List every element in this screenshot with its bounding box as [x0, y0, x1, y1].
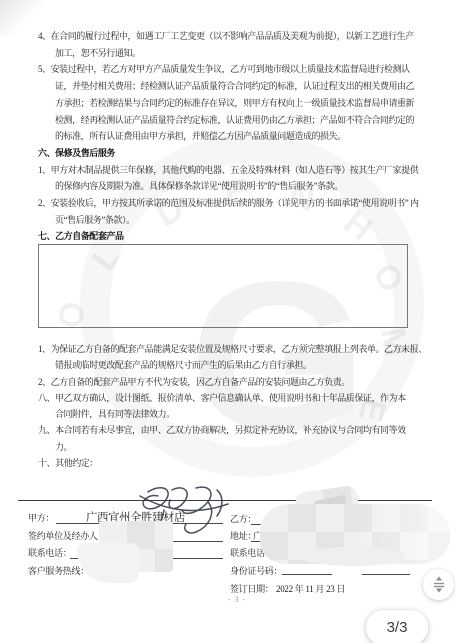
- scroll-indicator-button[interactable]: [423, 569, 454, 600]
- section-heading-warranty: 六、保修及售后服务: [38, 145, 430, 162]
- contract-line: 2、安装验收后，甲方按其所承诺的范围及标准提供后续的服务（详见甲方的书面承诺“使…: [38, 195, 430, 212]
- id-number-label: 身份证号码：: [230, 564, 282, 577]
- self-supplied-products-box: [38, 244, 408, 328]
- redaction-blob-party-b-lower: [300, 547, 406, 566]
- contract-line: 的保修内容及期限为准。具体保修条款详见“使用说明书”的“售后服务”条款。: [38, 178, 430, 195]
- page-indicator-pill: 3/3: [366, 610, 428, 643]
- page-number-footer: - 3 -: [228, 595, 246, 604]
- contract-line: 4、在合同的履行过程中，如遇工厂工艺变更（以不影响产品品质及美观为前提），以新工…: [38, 28, 430, 45]
- contract-line: 合同附件，具有同等法律效力。: [38, 406, 430, 422]
- contract-line: 错报或临时更改配套产品的规格尺寸而产生的后果由乙方自行承担。: [38, 357, 430, 373]
- page-indicator-text: 3/3: [387, 619, 408, 636]
- contract-line: 力。: [38, 439, 430, 455]
- contract-line: 2、乙方自备的配套产品甲方不代为安装，因乙方自备产品的安装问题由乙方负责。: [38, 374, 430, 390]
- contract-line: 1、甲方对木制品提供三年保修，其他代购的电器、五金及特殊材料（如人造石等）按其生…: [38, 162, 430, 179]
- contract-line: 九、本合同若有未尽事宜，由甲、乙双方协商解决，另拟定补充协议，补充协议与合同均有…: [38, 422, 430, 438]
- contract-line: 5、安装过程中，若乙方对甲方产品质量发生争议，乙方可到地市级以上质量技术监督局进…: [38, 61, 430, 78]
- party-a-label: 甲方：: [28, 511, 54, 524]
- contract-line: 加工，恕不另行通知。: [38, 45, 430, 62]
- contract-line: 方承担；若检测结果与合同约定的标准存在异议，则甲方有权向上一级质量技术监督局申请…: [38, 95, 430, 112]
- contract-line: 证，并垫付相关费用；经检测认证产品质量符合合同约定的标准，认证过程支出的相关费用…: [38, 78, 430, 95]
- contract-line: 的标准，所有认证费用由甲方承担，并赔偿乙方因产品质量问题造成的损失。: [38, 128, 430, 145]
- redaction-blob-hotline: [77, 543, 139, 583]
- agent-label: 签约单位及经办人：: [28, 529, 106, 542]
- id-underline-2: [362, 574, 410, 575]
- contract-body-upper: 4、在合同的履行过程中，如遇工厂工艺变更（以不影响产品品质及美观为前提），以新工…: [38, 28, 430, 245]
- hotline-label: 客户服务热线：: [28, 564, 89, 577]
- contract-page: G O L D E N H O M E 4、在合同的履行过程中，如遇工厂工艺变更…: [0, 0, 455, 643]
- signing-date-value: 2022 年 11 月 23 日: [276, 582, 345, 595]
- contract-line: 1、为保证乙方自备的配套产品能满足安装位置及规格尺寸要求，乙方须完整填报上列表单…: [38, 341, 430, 357]
- contract-line: 八、甲乙双方确认，设计图纸、报价清单、客户信息确认单、使用说明书和十年品质保证，…: [38, 390, 430, 406]
- party-a-phone-label: 联系电话：: [28, 546, 72, 559]
- contract-body-lower: 1、为保证乙方自备的配套产品能满足安装位置及规格尺寸要求，乙方须完整填报上列表单…: [38, 341, 430, 471]
- contract-line: 检测，经再检测认证产品质量符合约定标准，认证费用仍由乙方承担；产品如不符合合同约…: [38, 112, 430, 129]
- signature-separator-line: [18, 500, 432, 501]
- contract-line: 页“售后服务”条款）。: [38, 212, 430, 229]
- signing-date-label: 签订日期：: [230, 582, 274, 595]
- contract-line: 十、其他约定：: [38, 455, 430, 471]
- id-underline-1: [282, 574, 332, 575]
- section-heading-self-supplied: 七、乙方自备配套产品: [38, 228, 430, 245]
- scroll-updown-icon: [432, 576, 446, 593]
